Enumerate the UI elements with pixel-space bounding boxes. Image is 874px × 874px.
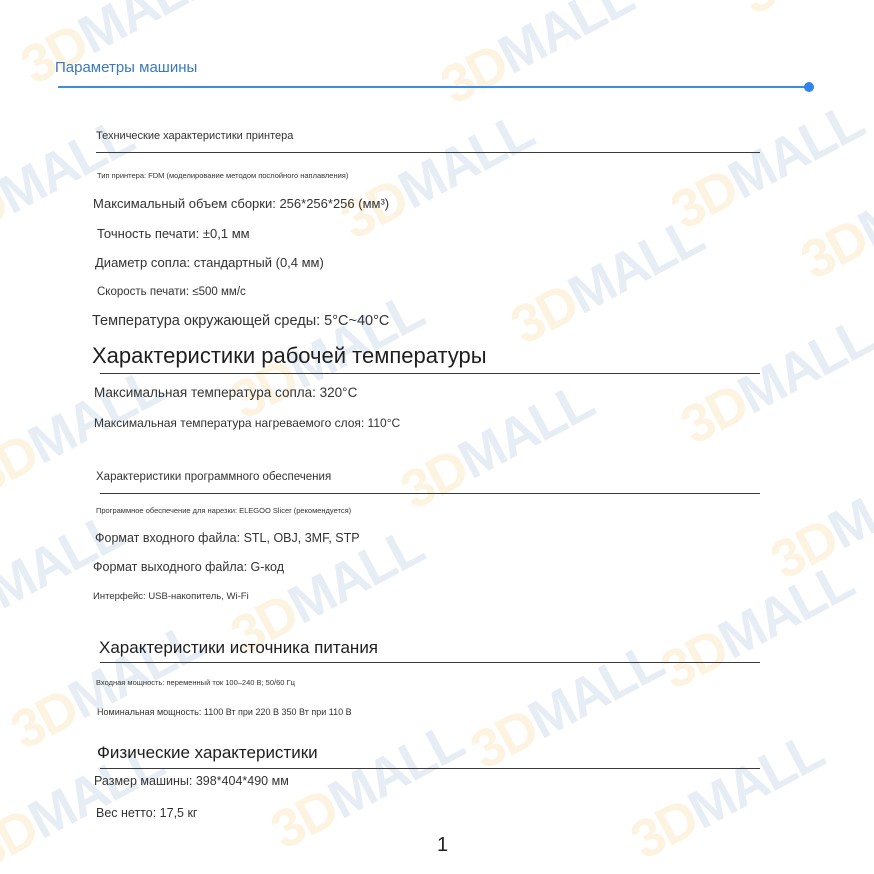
spec-net-weight: Вес нетто: 17,5 кг: [96, 806, 198, 820]
spec-interface: Интерфейс: USB-накопитель, Wi-Fi: [93, 591, 249, 602]
spec-ambient-temperature: Температура окружающей среды: 5°C~40°C: [92, 313, 389, 329]
spec-print-speed: Скорость печати: ≤500 мм/с: [97, 286, 246, 298]
section-title-power: Характеристики источника питания: [99, 638, 378, 658]
spec-print-accuracy: Точность печати: ±0,1 мм: [97, 226, 250, 241]
spec-machine-size: Размер машины: 398*404*490 мм: [94, 774, 289, 788]
section-title-physical: Физические характеристики: [97, 743, 318, 763]
spec-output-format: Формат выходного файла: G-код: [93, 560, 284, 574]
section-divider: [96, 152, 760, 153]
page-number: 1: [437, 834, 448, 857]
spec-max-bed-temp: Максимальная температура нагреваемого сл…: [94, 416, 400, 430]
page-title: Параметры машины: [55, 59, 197, 76]
spec-input-format: Формат входного файла: STL, OBJ, 3MF, ST…: [95, 531, 360, 545]
spec-nozzle-diameter: Диаметр сопла: стандартный (0,4 мм): [95, 255, 324, 270]
section-divider: [100, 373, 760, 374]
spec-build-volume: Максимальный объем сборки: 256*256*256 (…: [93, 196, 389, 211]
spec-rated-power: Номинальная мощность: 1100 Вт при 220 В …: [97, 707, 352, 717]
spec-max-nozzle-temp: Максимальная температура сопла: 320°C: [94, 385, 357, 400]
header-divider-dot: [804, 82, 814, 92]
header-divider: [58, 86, 808, 88]
section-divider: [100, 662, 760, 663]
spec-slicer-software: Программное обеспечение для нарезки: ELE…: [96, 506, 351, 515]
section-divider: [100, 493, 760, 494]
spec-input-power: Входная мощность: переменный ток 100–240…: [96, 678, 295, 687]
section-title-printer-specs: Технические характеристики принтера: [96, 130, 293, 142]
section-divider: [100, 768, 760, 769]
document-page: Параметры машины Технические характерист…: [0, 0, 874, 874]
section-title-temperature: Характеристики рабочей температуры: [92, 343, 487, 369]
section-title-software: Характеристики программного обеспечения: [96, 471, 331, 483]
spec-printer-type: Тип принтера: FDM (моделирование методом…: [97, 171, 348, 180]
